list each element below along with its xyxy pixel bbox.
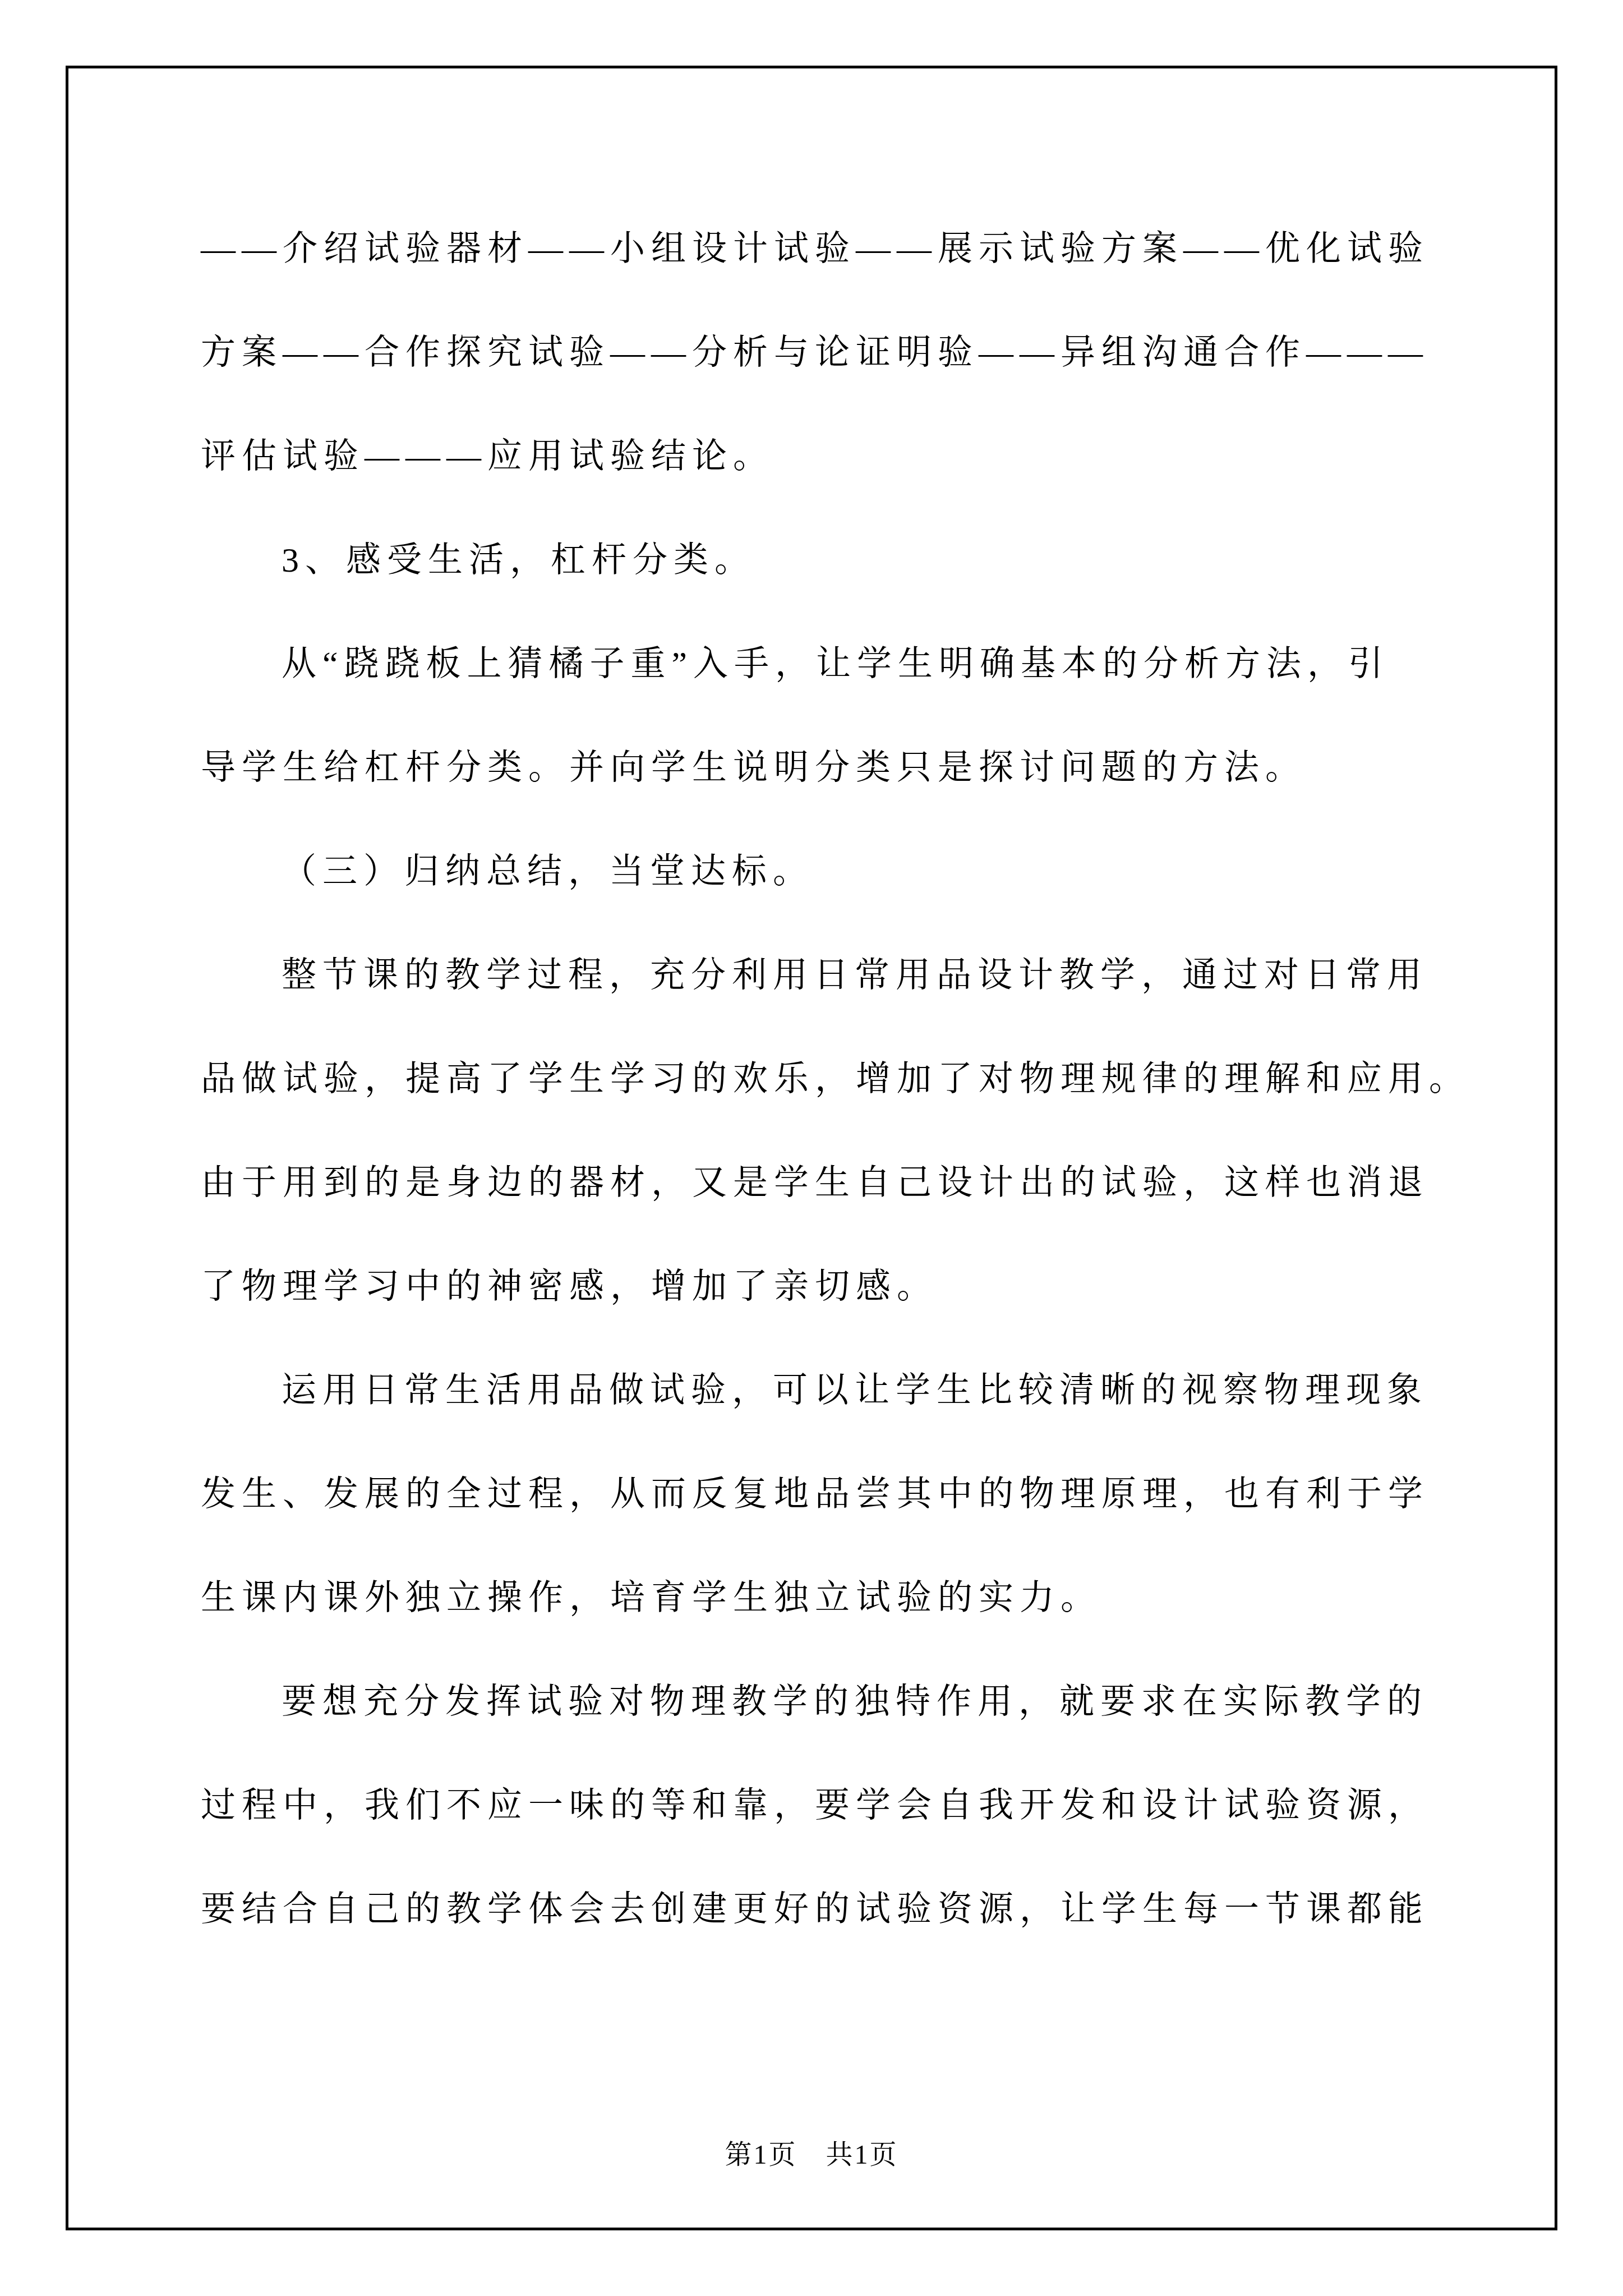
- text-line: 要结合自己的教学体会去创建更好的试验资源，让学生每一节课都能: [201, 1858, 1435, 1962]
- document-body: ——介绍试验器材——小组设计试验——展示试验方案——优化试验方案——合作探究试验…: [201, 197, 1435, 1962]
- text-line: ——介绍试验器材——小组设计试验——展示试验方案——优化试验: [201, 197, 1435, 301]
- text-line: 运用日常生活用品做试验，可以让学生比较清晰的视察物理现象: [201, 1339, 1435, 1443]
- text-line: 方案——合作探究试验——分析与论证明验——异组沟通合作———: [201, 301, 1435, 405]
- document-page: ——介绍试验器材——小组设计试验——展示试验方案——优化试验方案——合作探究试验…: [0, 0, 1623, 2296]
- text-line: 品做试验，提高了学生学习的欢乐，增加了对物理规律的理解和应用。: [201, 1028, 1435, 1131]
- text-line: 了物理学习中的神密感，增加了亲切感。: [201, 1235, 1435, 1339]
- text-line: （三）归纳总结，当堂达标。: [201, 820, 1435, 924]
- text-line: 由于用到的是身边的器材，又是学生自己设计出的试验，这样也消退: [201, 1131, 1435, 1235]
- page-footer: 第1页 共1页: [0, 2133, 1623, 2171]
- text-line: 发生、发展的全过程，从而反复地品尝其中的物理原理，也有利于学: [201, 1443, 1435, 1547]
- text-line: 从“跷跷板上猜橘子重”入手，让学生明确基本的分析方法，引: [201, 613, 1435, 716]
- text-line: 3、感受生活，杠杆分类。: [201, 509, 1435, 613]
- text-line: 要想充分发挥试验对物理教学的独特作用，就要求在实际教学的: [201, 1650, 1435, 1754]
- text-line: 过程中，我们不应一味的等和靠，要学会自我开发和设计试验资源，: [201, 1754, 1435, 1858]
- text-line: 生课内课外独立操作，培育学生独立试验的实力。: [201, 1547, 1435, 1650]
- text-line: 整节课的教学过程，充分利用日常用品设计教学，通过对日常用: [201, 924, 1435, 1028]
- text-line: 导学生给杠杆分类。并向学生说明分类只是探讨问题的方法。: [201, 716, 1435, 820]
- text-line: 评估试验———应用试验结论。: [201, 405, 1435, 509]
